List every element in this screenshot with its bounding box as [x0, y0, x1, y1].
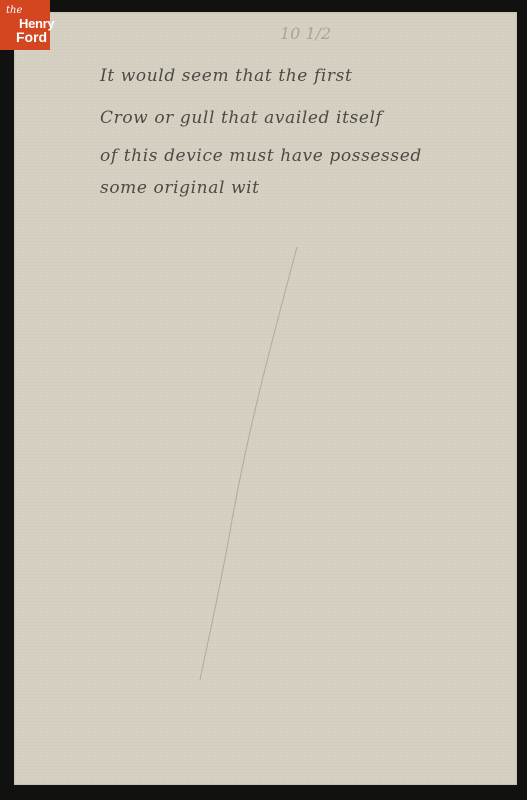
logo-prefix: the	[6, 5, 22, 16]
handwritten-line-2: Crow or gull that availed itself	[100, 108, 382, 128]
handwritten-line-4: some original wit	[100, 178, 260, 198]
logo-word-ford: Ford	[16, 30, 47, 44]
handwritten-line-1: It would seem that the first	[100, 66, 352, 86]
page-number: 10 1/2	[280, 24, 331, 43]
henry-ford-logo[interactable]: the Henry Ford	[0, 0, 50, 50]
handwritten-line-3: of this device must have possessed	[100, 146, 422, 166]
